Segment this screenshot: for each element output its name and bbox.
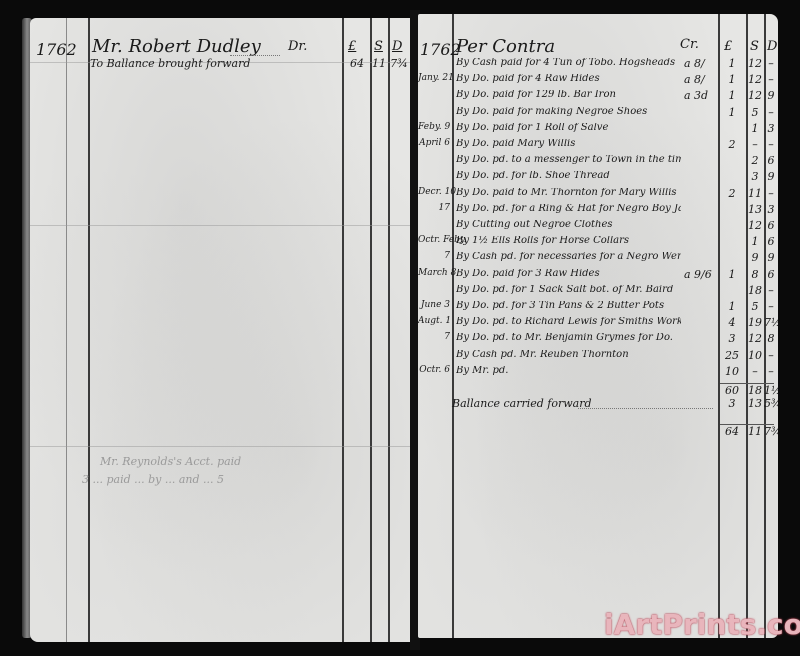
entry-date: Feby. 9 xyxy=(418,123,452,132)
entry-date: Augt. 1 xyxy=(418,317,452,326)
entry-pence: – xyxy=(764,301,778,312)
entry-shillings: 11 xyxy=(370,58,388,69)
pence-column-rule xyxy=(388,18,390,642)
debit-marker: Dr. xyxy=(288,40,307,53)
entry-text: By Do. paid for 4 Raw Hides xyxy=(456,74,600,84)
entry-shillings: – xyxy=(746,366,764,377)
entry-pounds: 2 xyxy=(718,139,746,150)
entry-shillings: 1 xyxy=(746,236,764,247)
entry-text: By Do. pd. to Richard Lewis for Smiths W… xyxy=(456,317,681,327)
credit-marker: Cr. xyxy=(680,38,699,51)
entry-text: By Cash pd. for necessaries for a Negro … xyxy=(456,252,681,262)
pence-header: D xyxy=(392,40,402,53)
entry-date: 7 xyxy=(418,333,452,342)
entry-shillings: 2 xyxy=(746,155,764,166)
pounds-column-rule xyxy=(342,18,344,642)
entry-text: By Do. paid for 129 lb. Bar Iron xyxy=(456,90,616,100)
entry-pence: 3 xyxy=(764,204,778,215)
entry-text: By Do. pd. to Mr. Benjamin Grymes for Do… xyxy=(456,333,673,343)
entry-pence: 6 xyxy=(764,269,778,280)
entry-pounds: 3 xyxy=(718,333,746,344)
entry-shillings: 13 xyxy=(746,204,764,215)
entry-text: By Do. paid for making Negroe Shoes xyxy=(456,107,647,117)
entry-pence: – xyxy=(764,107,778,118)
entry-pence: – xyxy=(764,366,778,377)
entry-shillings: 11 xyxy=(746,188,764,199)
entry-date: June 3 xyxy=(418,301,452,310)
shillings-header: S xyxy=(750,40,759,53)
watermark: iArtPrints.com xyxy=(604,608,800,641)
shillings-header: S xyxy=(374,40,383,53)
entry-text: To Ballance brought forward xyxy=(90,58,250,69)
account-heading: Per Contra xyxy=(456,38,555,56)
subtotal-shillings: 18 xyxy=(746,385,764,396)
entry-pounds: 4 xyxy=(718,317,746,328)
entry-pounds: 1 xyxy=(718,90,746,101)
entry-pence: 3 xyxy=(764,123,778,134)
shillings-column-rule xyxy=(370,18,372,642)
entry-date: March 8 xyxy=(418,269,452,278)
entry-shillings: 12 xyxy=(746,220,764,231)
entry-pence: 9 xyxy=(764,252,778,263)
entry-shillings: – xyxy=(746,139,764,150)
entry-pounds: 1 xyxy=(718,107,746,118)
entry-shillings: 5 xyxy=(746,301,764,312)
entry-date: Octr. 6 xyxy=(418,366,452,375)
entry-pounds: 64 xyxy=(346,58,368,69)
leader-dots xyxy=(230,54,280,56)
entry-date: Octr. Feby. xyxy=(418,236,452,245)
entry-pounds: 25 xyxy=(718,350,746,361)
entry-shillings: 19 xyxy=(746,317,764,328)
entry-shillings: 5 xyxy=(746,107,764,118)
entry-shillings: 8 xyxy=(746,269,764,280)
pounds-header: £ xyxy=(724,40,732,53)
entry-shillings: 1 xyxy=(746,123,764,134)
total-pounds: 64 xyxy=(718,426,746,437)
entry-pounds: 2 xyxy=(718,188,746,199)
entry-date: 17 xyxy=(418,204,452,213)
entry-shillings: 12 xyxy=(746,90,764,101)
entry-pounds: 1 xyxy=(718,58,746,69)
year-label: 1762 xyxy=(36,42,77,58)
subtotal-pence: 1½ xyxy=(764,385,778,396)
balance-text: Ballance carried forward xyxy=(452,398,592,409)
entry-pence: – xyxy=(764,139,778,150)
entry-pence: 9 xyxy=(764,90,778,101)
ruling xyxy=(30,446,416,447)
entry-pence: – xyxy=(764,74,778,85)
balance-pence: 5¾ xyxy=(764,398,778,409)
entry-shillings: 12 xyxy=(746,333,764,344)
entry-date: 7 xyxy=(418,252,452,261)
balance-shillings: 13 xyxy=(746,398,764,409)
ruling xyxy=(30,225,416,226)
entry-pence: – xyxy=(764,188,778,199)
year-label: 1762 xyxy=(420,42,461,58)
entry-pence: 6 xyxy=(764,220,778,231)
entry-pence: 7¾ xyxy=(388,58,410,69)
ledger-right-page: 1762 Per Contra Cr. £ S D By Cash paid f… xyxy=(418,14,778,638)
entry-pence: 6 xyxy=(764,155,778,166)
total-pence: 7¾ xyxy=(764,426,778,437)
entry-text: By Do. paid Mary Willis xyxy=(456,139,575,149)
entry-shillings: 3 xyxy=(746,171,764,182)
entry-pence: 6 xyxy=(764,236,778,247)
leader-dots xyxy=(578,407,713,409)
entry-text: By Do. pd. for lb. Shoe Thread xyxy=(456,171,610,181)
entry-rate: a 8/ xyxy=(684,58,705,69)
date-column-rule xyxy=(452,14,454,638)
balance-pounds: 3 xyxy=(718,398,746,409)
entry-text: By Cash pd. Mr. Reuben Thornton xyxy=(456,350,629,360)
faded-note: Mr. Reynolds's Acct. paid xyxy=(100,456,241,467)
entry-text: By Do. pd. for a Ring & Hat for Negro Bo… xyxy=(456,204,681,214)
margin-rule xyxy=(66,18,67,642)
entry-pounds: 1 xyxy=(718,269,746,280)
entry-text: By Do. pd. for 3 Tin Pans & 2 Butter Pot… xyxy=(456,301,664,311)
entry-pounds: 10 xyxy=(718,366,746,377)
entry-date: April 6 xyxy=(418,139,452,148)
entry-pounds: 1 xyxy=(718,74,746,85)
entry-pence: 7½ xyxy=(764,317,778,328)
entry-text: By Do. pd. for 1 Sack Salt bot. of Mr. B… xyxy=(456,285,673,295)
entry-shillings: 12 xyxy=(746,58,764,69)
ledger-left-page: 1762 Mr. Robert Dudley Dr. £ S D To Ball… xyxy=(30,18,416,642)
pounds-header: £ xyxy=(348,40,356,53)
faded-note: 3 ... paid ... by ... and ... 5 xyxy=(82,474,224,485)
entry-text: By Cutting out Negroe Clothes xyxy=(456,220,613,230)
entry-date: Decr. 10 xyxy=(418,188,452,197)
entry-text: By 1½ Ells Rolls for Horse Collars xyxy=(456,236,629,246)
entry-text: By Do. paid for 3 Raw Hides xyxy=(456,269,600,279)
subtotal-pounds: 60 xyxy=(718,385,746,396)
date-column-rule xyxy=(88,18,90,642)
entry-text: By Cash paid for 4 Tun of Tobo. Hogshead… xyxy=(456,58,675,68)
entry-pence: – xyxy=(764,285,778,296)
entry-pounds: 1 xyxy=(718,301,746,312)
entry-text: By Do. pd. to a messenger to Town in the… xyxy=(456,155,681,165)
entry-pence: – xyxy=(764,58,778,69)
entry-text: By Do. paid for 1 Roll of Salve xyxy=(456,123,608,133)
pence-header: D xyxy=(767,40,777,53)
entry-date: Jany. 21 xyxy=(418,74,452,83)
entry-pence: 8 xyxy=(764,333,778,344)
entry-shillings: 10 xyxy=(746,350,764,361)
entry-text: By Do. paid to Mr. Thornton for Mary Wil… xyxy=(456,188,677,198)
entry-shillings: 12 xyxy=(746,74,764,85)
entry-shillings: 18 xyxy=(746,285,764,296)
entry-pence: – xyxy=(764,350,778,361)
entry-shillings: 9 xyxy=(746,252,764,263)
total-shillings: 11 xyxy=(746,426,764,437)
entry-rate: a 8/ xyxy=(684,74,705,85)
entry-text: By Mr. pd. xyxy=(456,366,508,376)
entry-rate: a 3d xyxy=(684,90,708,101)
entry-rate: a 9/6 xyxy=(684,269,712,280)
entry-pence: 9 xyxy=(764,171,778,182)
